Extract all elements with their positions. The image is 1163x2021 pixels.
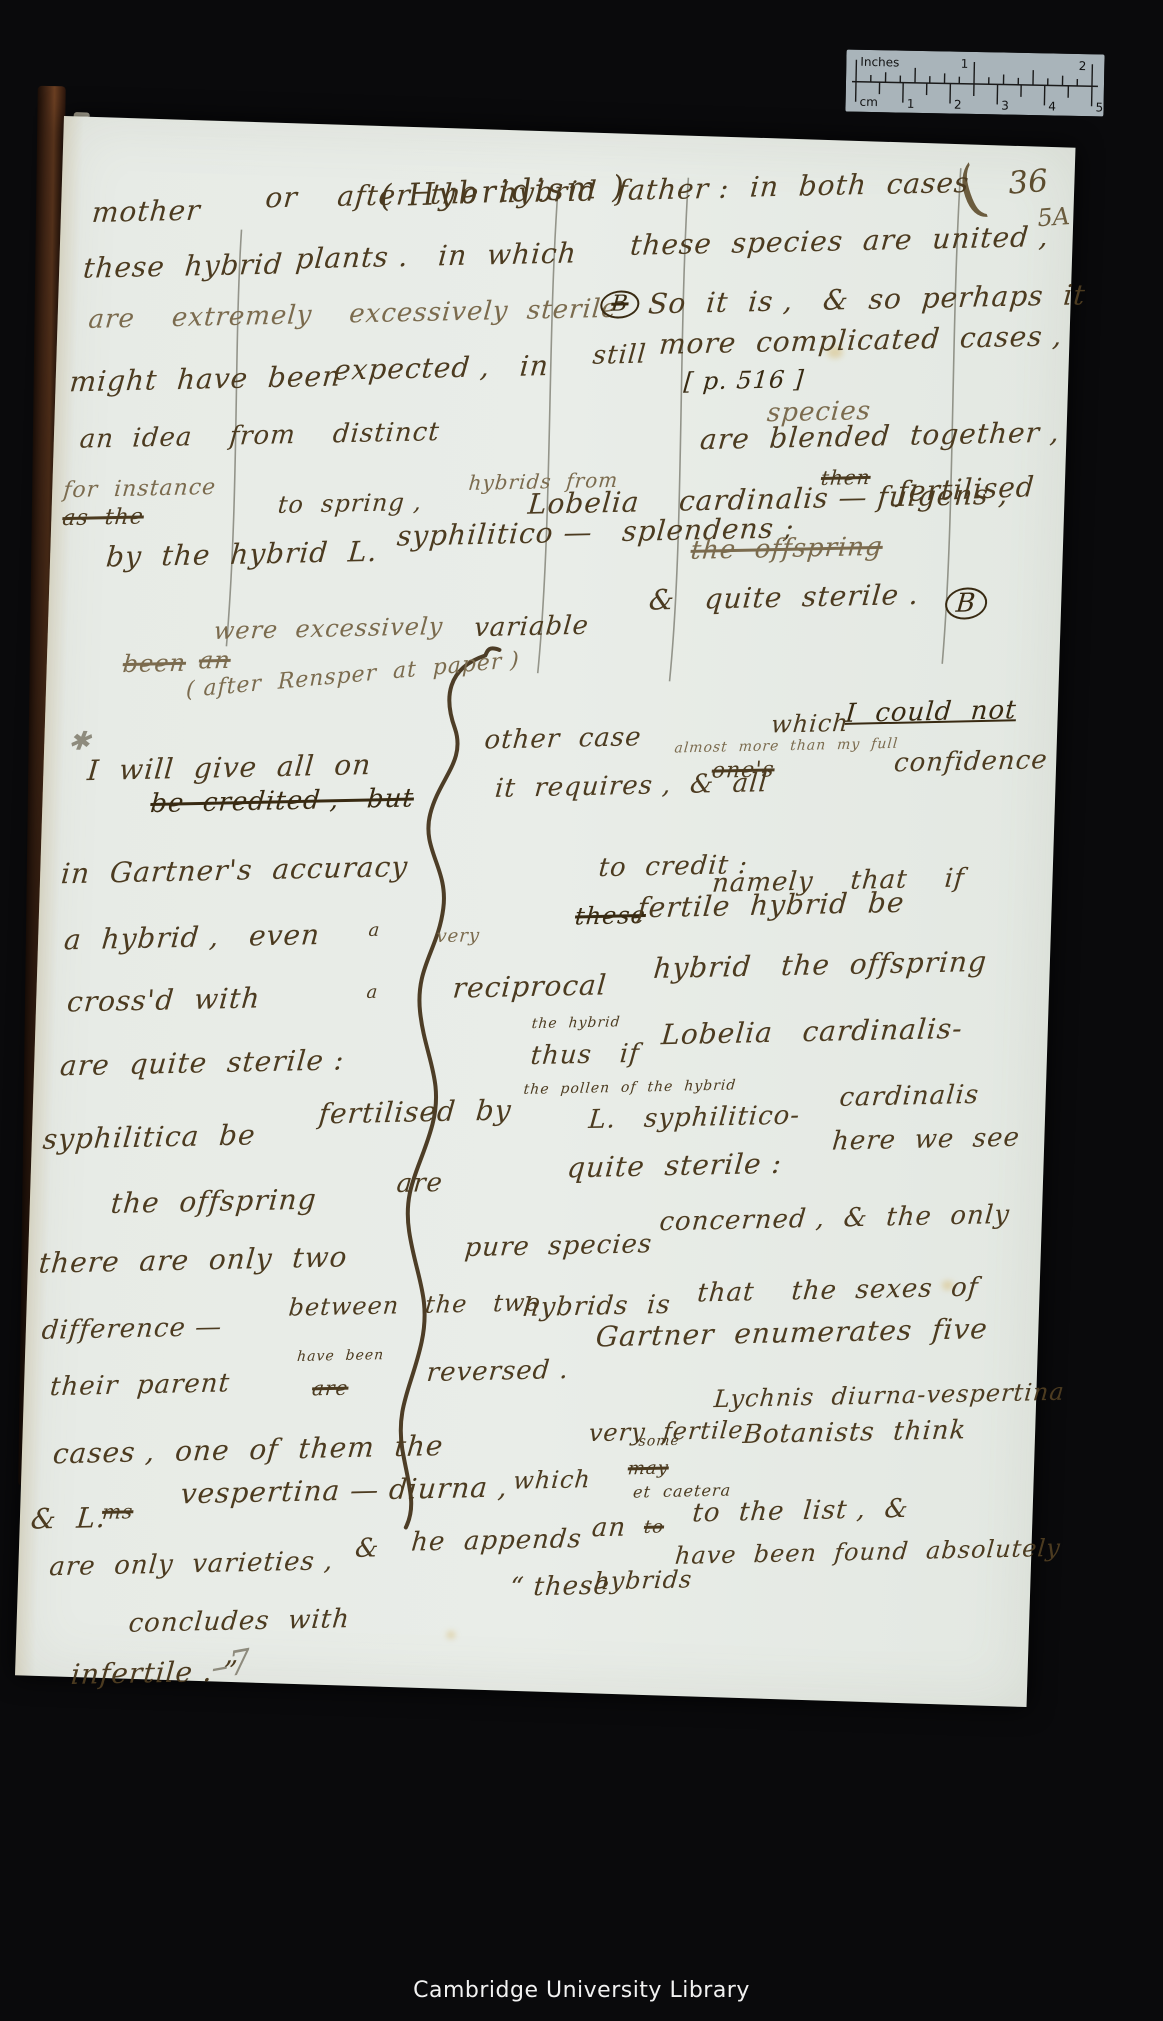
manuscript-line: –7: [210, 1644, 253, 1685]
manuscript-line: as the: [61, 506, 144, 530]
folio-number: 36: [1007, 163, 1049, 202]
manuscript-line: are blended together ,: [699, 419, 1061, 455]
manuscript-line: reciprocal: [452, 971, 608, 1002]
manuscript-line: some: [638, 1434, 680, 1449]
manuscript-line: variable: [473, 613, 590, 641]
manuscript-line: difference —: [41, 1314, 224, 1344]
manuscript-line: to spring ,: [277, 490, 423, 517]
manuscript-line: to the list , &: [691, 1496, 910, 1527]
manuscript-line: cross'd with: [66, 984, 262, 1016]
manuscript-line: plants . in which: [294, 239, 577, 273]
manuscript-line: reversed .: [426, 1357, 570, 1386]
manuscript-line: syphilitica be: [42, 1121, 257, 1154]
scale-ruler: Inches cm 12 12345: [845, 50, 1104, 117]
manuscript-line: are only varieties ,: [48, 1548, 334, 1580]
manuscript-line: B: [599, 290, 641, 319]
manuscript-line: the offspring: [110, 1186, 318, 1218]
manuscript-line: a: [368, 922, 381, 940]
manuscript-line: may: [627, 1460, 669, 1479]
manuscript-line: &: [354, 1535, 380, 1562]
manuscript-line: B: [944, 587, 989, 620]
manuscript-line: more complicated cases ,: [658, 322, 1064, 359]
manuscript-line: the pollen of the hybrid: [523, 1078, 737, 1096]
manuscript-line: mother: [91, 197, 202, 227]
manuscript-line: that the sexes of: [696, 1275, 979, 1307]
manuscript-line: cases , one of them the: [52, 1432, 445, 1468]
svg-text:4: 4: [1048, 99, 1056, 113]
manuscript-line: [ p. 516 ]: [683, 367, 805, 394]
manuscript-line: I could not: [845, 697, 1018, 727]
manuscript-line: the hybrid: [531, 1015, 621, 1031]
manuscript-line: for instance: [62, 477, 217, 502]
manuscript-line: by the hybrid L.: [105, 538, 379, 572]
manuscript-line: hybrid the offspring: [652, 948, 988, 983]
manuscript-line: & L.: [30, 1504, 108, 1534]
manuscript-line: still: [592, 342, 648, 369]
manuscript-line: be credited , but: [149, 786, 415, 818]
svg-text:5: 5: [1095, 100, 1103, 114]
svg-text:2: 2: [954, 98, 962, 112]
manuscript-line: he appends: [410, 1526, 583, 1556]
manuscript-line: Lobelia cardinalis-: [660, 1015, 964, 1049]
svg-text:2: 2: [1079, 59, 1087, 73]
manuscript-line: quite sterile :: [566, 1150, 783, 1183]
ink-squiggle-line: [398, 646, 500, 1529]
manuscript-line: which: [512, 1467, 592, 1493]
manuscript-line: these species are united ,: [629, 223, 1050, 260]
manuscript-line: other case: [483, 724, 642, 753]
manuscript-line: been: [122, 651, 187, 676]
svg-text:3: 3: [1001, 99, 1009, 113]
manuscript-line: these hybrid: [82, 250, 284, 282]
paper-stain: [446, 1631, 455, 1639]
manuscript-line: confidence: [893, 747, 1049, 776]
manuscript-line: ms: [101, 1501, 134, 1522]
manuscript-line: the offspring: [690, 534, 884, 564]
manuscript-line: concerned , & the only: [658, 1202, 1010, 1235]
manuscript-line: in both cases: [749, 169, 971, 202]
manuscript-line: are: [396, 1170, 445, 1197]
manuscript-line: very: [436, 927, 481, 946]
manuscript-line: Botanists think: [742, 1417, 968, 1448]
manuscript-line: might have been: [68, 363, 342, 397]
manuscript-line: an: [198, 648, 232, 673]
manuscript-line: are extremely excessively sterile: [88, 296, 619, 333]
manuscript-line: a: [366, 984, 379, 1002]
manuscript-line: there are only two: [38, 1243, 349, 1278]
manuscript-line: have been: [297, 1348, 385, 1364]
manuscript-line: here we see: [831, 1125, 1021, 1155]
manuscript-line: are quite sterile :: [59, 1046, 346, 1080]
manuscript-line: So it is , & so perhaps it: [647, 281, 1087, 318]
manuscript-line: & quite sterile .: [648, 581, 920, 615]
manuscript-line: fertilised by: [318, 1096, 513, 1128]
manuscript-line: then: [820, 467, 871, 488]
svg-text:1: 1: [961, 57, 969, 71]
library-caption: Cambridge University Library: [0, 1978, 1163, 2003]
manuscript-line: Gartner enumerates five: [595, 1315, 989, 1351]
manuscript-line: concludes with: [128, 1606, 351, 1637]
manuscript-line: almost more than my full: [674, 737, 899, 756]
manuscript-line: fertilised: [897, 473, 1036, 506]
manuscript-line: hybrids: [593, 1567, 693, 1593]
manuscript-line: have been found absolutely: [674, 1536, 1062, 1568]
manuscript-line: I will give all on: [86, 751, 372, 785]
manuscript-line: their parent: [49, 1370, 231, 1400]
ruler-inches-label: Inches: [860, 55, 899, 70]
manuscript-line: one's: [711, 759, 776, 782]
manuscript-line: to: [643, 1518, 665, 1536]
manuscript-line: ( after Rensper at paper ): [186, 650, 520, 702]
svg-text:1: 1: [907, 97, 915, 111]
manuscript-line: hybrids is: [522, 1292, 672, 1321]
manuscript-line: in Gartner's accuracy: [60, 853, 409, 888]
manuscript-line: were excessively: [213, 614, 444, 643]
manuscript-line: pure species: [464, 1231, 654, 1261]
manuscript-line: a hybrid , even: [63, 921, 321, 954]
manuscript-line: an idea from distinct: [79, 419, 441, 453]
manuscript-line: between the two: [288, 1290, 542, 1319]
manuscript-line: Lychnis diurna-vespertina: [713, 1380, 1066, 1411]
handwriting-layer: motheror after the hybrid father :in bot…: [64, 116, 1076, 148]
manuscript-line: vespertina — diurna ,: [180, 1473, 509, 1508]
manuscript-line: fertile hybrid be: [636, 889, 905, 923]
manuscript-line: which: [770, 711, 850, 737]
manuscript-line: or after the hybrid father :: [264, 175, 730, 213]
manuscript-line: expected , in: [333, 352, 550, 385]
ruler-cm-label: cm: [859, 95, 878, 109]
manuscript-line: an: [591, 1515, 627, 1542]
manuscript-line: thus if: [530, 1041, 641, 1069]
manuscript-line: are: [311, 1378, 349, 1399]
manuscript-line: cardinalis: [838, 1082, 980, 1111]
photo-stage: ( Hybridism ) ( 36 5A motheror after the…: [0, 0, 1163, 2021]
manuscript-line: L. syphilitico-: [588, 1103, 802, 1133]
manuscript-page: ( Hybridism ) ( 36 5A motheror after the…: [15, 116, 1076, 1707]
manuscript-line: ✱: [67, 728, 93, 755]
